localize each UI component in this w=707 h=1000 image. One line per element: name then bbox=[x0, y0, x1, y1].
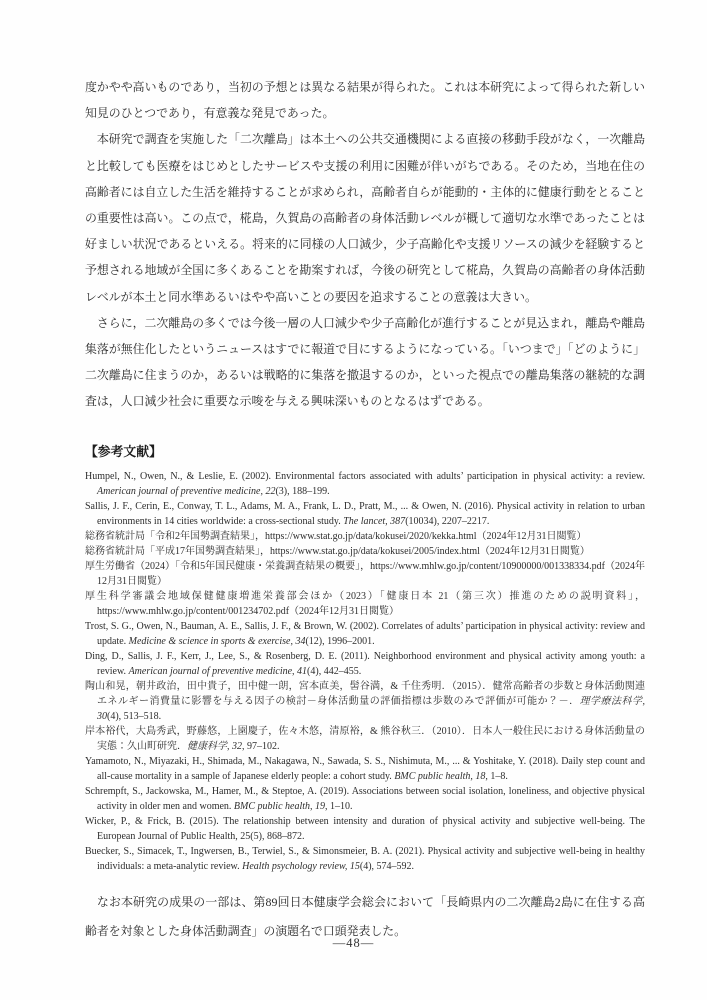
reference-item: Trost, S. G., Owen, N., Bauman, A. E., S… bbox=[85, 619, 645, 649]
reference-text: (4), 513–518. bbox=[107, 711, 161, 722]
reference-text: 総務省統計局「平成17年国勢調査結果」，https://www.stat.go.… bbox=[85, 546, 590, 557]
reference-text: Schrempft, S., Jackowska, M., Hamer, M.,… bbox=[85, 786, 645, 812]
reference-item: Ding, D., Sallis, J. F., Kerr, J., Lee, … bbox=[85, 649, 645, 679]
reference-item: Schrempft, S., Jackowska, M., Hamer, M.,… bbox=[85, 784, 645, 814]
page-number: —48— bbox=[0, 936, 707, 951]
reference-journal: 健康科学, 32 bbox=[187, 741, 242, 752]
reference-item: Sallis, J. F., Cerin, E., Conway, T. L.,… bbox=[85, 499, 645, 529]
reference-journal: BMC public health, 19 bbox=[234, 801, 325, 812]
body-paragraph: 度かやや高いものであり，当初の予想とは異なる結果が得られた。これは本研究によって… bbox=[85, 74, 645, 126]
reference-text: , 97–102. bbox=[242, 741, 280, 752]
reference-text: Wicker, P., & Frick, B. (2015). The rela… bbox=[85, 816, 645, 842]
reference-journal: American journal of preventive medicine,… bbox=[129, 666, 307, 677]
reference-journal: Health psychology review, 15 bbox=[242, 861, 360, 872]
reference-text: , 1–8. bbox=[485, 771, 508, 782]
references-heading: 【参考文献】 bbox=[85, 444, 645, 460]
reference-item: 総務省統計局「平成17年国勢調査結果」，https://www.stat.go.… bbox=[85, 544, 645, 559]
reference-journal: Medicine & science in sports & exercise,… bbox=[129, 636, 306, 647]
reference-text: 陶山和晃，朝井政治，田中貴子，田中健一朗，宮本直美，髻谷満，& 千住秀明．（20… bbox=[85, 681, 645, 707]
reference-journal: American journal of preventive medicine,… bbox=[97, 486, 275, 497]
reference-item: 厚生科学審議会地域保健健康増進栄養部会ほか（2023）「健康日本 21（第三次）… bbox=[85, 589, 645, 619]
reference-text: 厚生科学審議会地域保健健康増進栄養部会ほか（2023）「健康日本 21（第三次）… bbox=[85, 591, 645, 617]
reference-item: 岸本裕代，大島秀武，野藤悠，上園慶子，佐々木悠，清原裕，& 熊谷秋三．（2010… bbox=[85, 724, 645, 754]
reference-item: Humpel, N., Owen, N., & Leslie, E. (2002… bbox=[85, 469, 645, 499]
reference-text: 岸本裕代，大島秀武，野藤悠，上園慶子，佐々木悠，清原裕，& 熊谷秋三．（2010… bbox=[85, 726, 645, 752]
reference-item: Buecker, S., Simacek, T., Ingwersen, B.,… bbox=[85, 844, 645, 874]
document-page: 度かやや高いものであり，当初の予想とは異なる結果が得られた。これは本研究によって… bbox=[0, 0, 707, 1000]
reference-item: 厚生労働省（2024）「令和5年国民健康・栄養調査結果の概要」，https://… bbox=[85, 559, 645, 589]
reference-text: Yamamoto, N., Miyazaki, H., Shimada, M.,… bbox=[85, 756, 645, 782]
reference-text: (4), 574–592. bbox=[360, 861, 414, 872]
reference-text: (10034), 2207–2217. bbox=[405, 516, 489, 527]
reference-text: (12), 1996–2001. bbox=[305, 636, 374, 647]
reference-text: Humpel, N., Owen, N., & Leslie, E. (2002… bbox=[85, 471, 645, 482]
discussion-section: 度かやや高いものであり，当初の予想とは異なる結果が得られた。これは本研究によって… bbox=[85, 0, 645, 415]
reference-journal: BMC public health, 18 bbox=[394, 771, 485, 782]
reference-item: 総務省統計局「令和2年国勢調査結果」，https://www.stat.go.j… bbox=[85, 529, 645, 544]
reference-item: 陶山和晃，朝井政治，田中貴子，田中健一朗，宮本直美，髻谷満，& 千住秀明．（20… bbox=[85, 679, 645, 724]
reference-text: (3), 188–199. bbox=[275, 486, 329, 497]
page-content: 度かやや高いものであり，当初の予想とは異なる結果が得られた。これは本研究によって… bbox=[85, 0, 645, 946]
reference-text: 厚生労働省（2024）「令和5年国民健康・栄養調査結果の概要」，https://… bbox=[85, 561, 645, 587]
reference-text: 総務省統計局「令和2年国勢調査結果」，https://www.stat.go.j… bbox=[85, 531, 587, 542]
body-paragraph: 本研究で調査を実施した「二次離島」は本土への公共交通機関による直接の移動手段がな… bbox=[85, 126, 645, 309]
references-list: Humpel, N., Owen, N., & Leslie, E. (2002… bbox=[85, 469, 645, 874]
body-paragraph: さらに，二次離島の多くでは今後一層の人口減少や少子高齢化が進行することが見込まれ… bbox=[85, 310, 645, 415]
reference-journal: The lancet, 387 bbox=[343, 516, 405, 527]
reference-item: Yamamoto, N., Miyazaki, H., Shimada, M.,… bbox=[85, 754, 645, 784]
reference-text: , 1–10. bbox=[325, 801, 353, 812]
reference-text: (4), 442–455. bbox=[307, 666, 361, 677]
reference-item: Wicker, P., & Frick, B. (2015). The rela… bbox=[85, 814, 645, 844]
